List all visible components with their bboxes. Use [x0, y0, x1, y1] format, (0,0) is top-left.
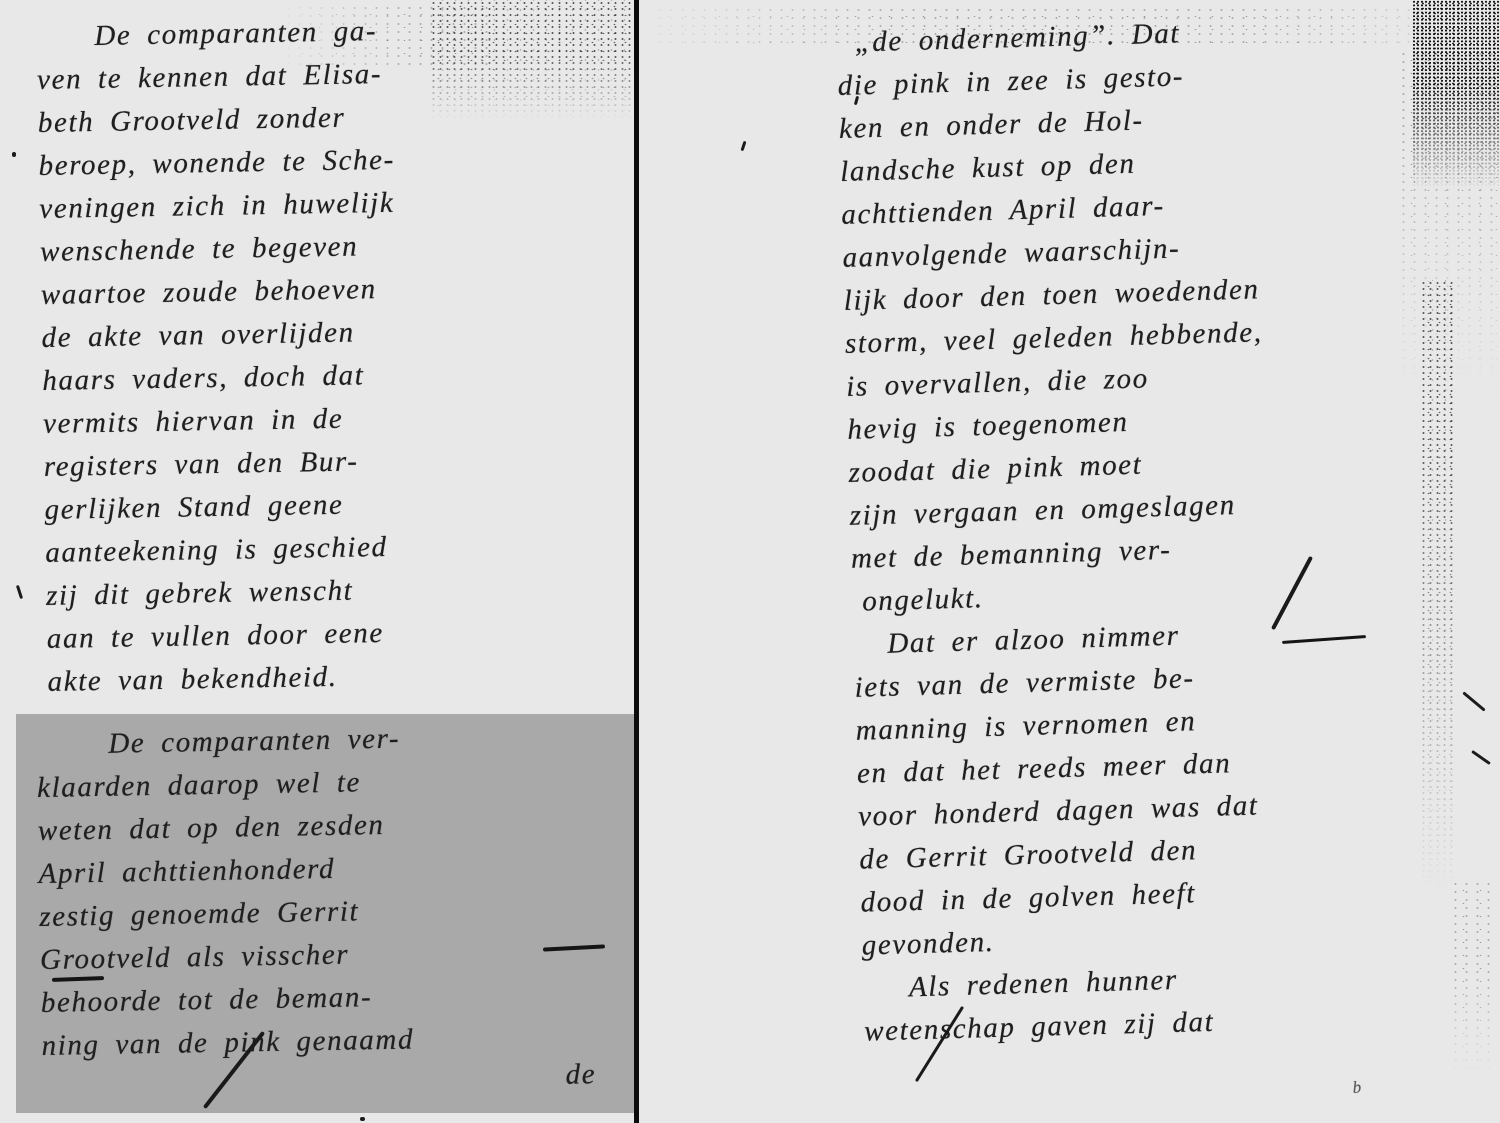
manuscript-line: akte van bekendheid.	[47, 650, 648, 703]
manuscript-scan: De comparanten ga- ven te kennen dat Eli…	[0, 0, 1500, 1123]
ink-fleck	[1471, 750, 1491, 765]
footer-mark: b	[1352, 1077, 1363, 1098]
right-page-text: „de onderneming”. Dat die pink in zee is…	[836, 5, 1465, 1053]
ink-fleck	[12, 152, 16, 157]
ink-fleck	[1462, 691, 1485, 711]
ink-fleck	[741, 141, 747, 151]
ink-fleck	[360, 1117, 365, 1121]
ink-fleck	[16, 585, 23, 599]
highlighted-paragraph-text: De comparanten ver- klaarden daarop wel …	[36, 714, 642, 1068]
left-page-text: De comparanten ga- ven te kennen dat Eli…	[36, 6, 648, 704]
